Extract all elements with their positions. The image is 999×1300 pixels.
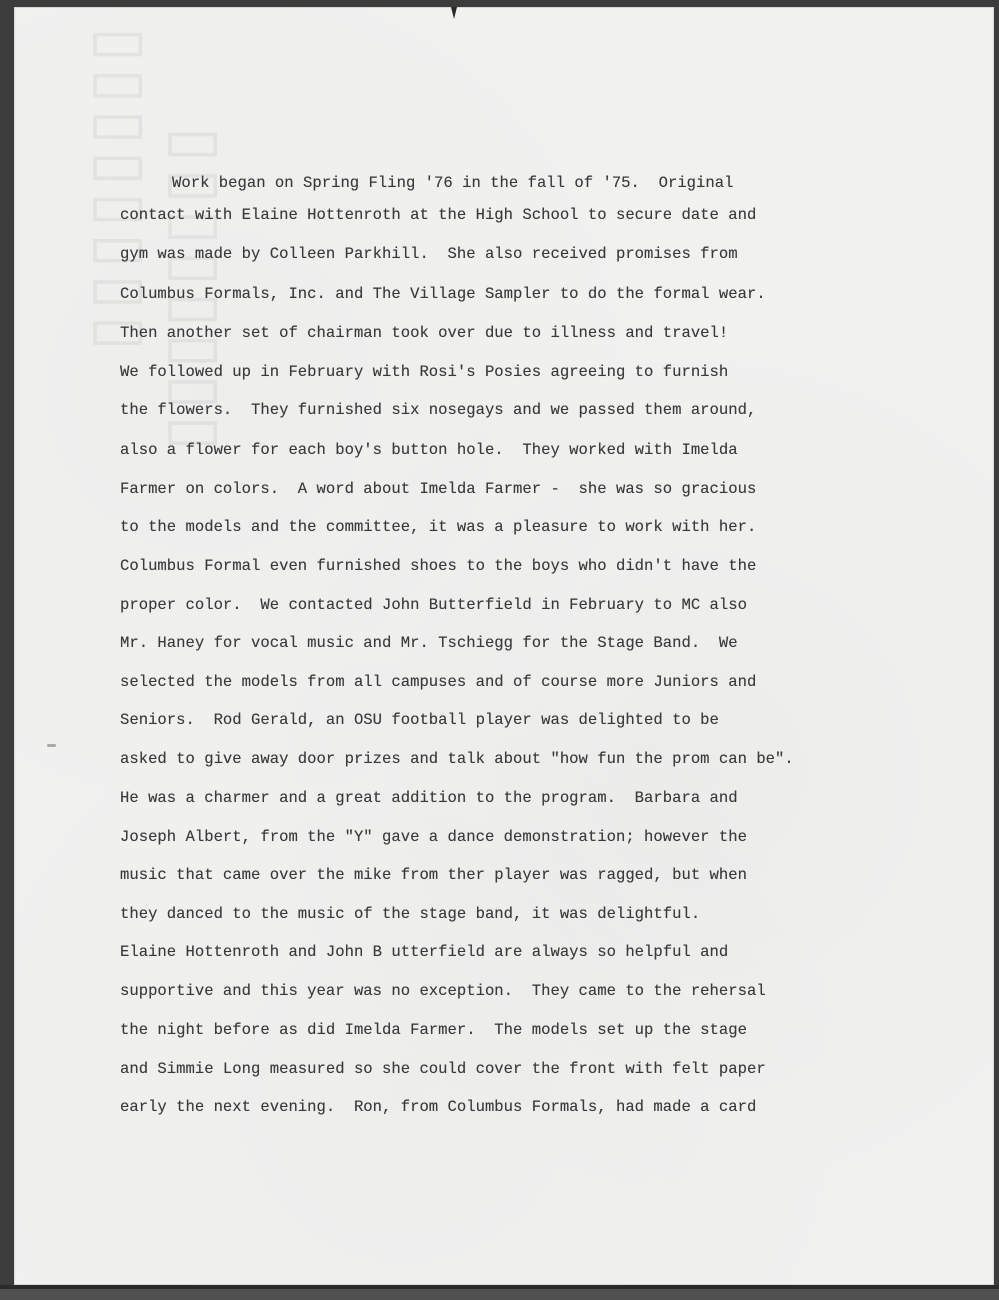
text-line: Work began on Spring Fling '76 in the fa…: [172, 173, 733, 193]
text-line: Columbus Formals, Inc. and The Village S…: [120, 284, 766, 304]
text-line: early the next evening. Ron, from Columb…: [120, 1097, 756, 1117]
stray-ink-mark: [47, 744, 56, 747]
text-line: Then another set of chairman took over d…: [120, 323, 728, 343]
text-line: We followed up in February with Rosi's P…: [120, 362, 728, 382]
bleed-through-text: ▯▯▯▯▯▯▯▯: [81, 27, 159, 357]
text-line: Farmer on colors. A word about Imelda Fa…: [120, 479, 756, 499]
text-line: Elaine Hottenroth and John B utterfield …: [120, 942, 728, 962]
text-line: the flowers. They furnished six nosegays…: [120, 400, 756, 420]
text-line: Mr. Haney for vocal music and Mr. Tschie…: [120, 633, 738, 653]
text-line: the night before as did Imelda Farmer. T…: [120, 1020, 747, 1040]
text-line: Seniors. Rod Gerald, an OSU football pla…: [120, 710, 719, 730]
text-line: music that came over the mike from ther …: [120, 865, 747, 885]
scanned-page: ▯▯▯▯▯▯▯▯ ▯▯▯▯▯▯▯▯ Work began on Spring F…: [0, 0, 999, 1300]
text-line: also a flower for each boy's button hole…: [120, 440, 738, 460]
text-line: selected the models from all campuses an…: [120, 672, 756, 692]
text-line: gym was made by Colleen Parkhill. She al…: [120, 244, 738, 264]
top-edge-notch: [451, 7, 457, 19]
scanner-bottom-edge: [0, 1285, 999, 1300]
text-line: He was a charmer and a great addition to…: [120, 788, 738, 808]
text-line: contact with Elaine Hottenroth at the Hi…: [120, 205, 756, 225]
text-line: proper color. We contacted John Butterfi…: [120, 595, 747, 615]
text-line: to the models and the committee, it was …: [120, 517, 756, 537]
text-line: they danced to the music of the stage ba…: [120, 904, 700, 924]
text-line: Joseph Albert, from the "Y" gave a dance…: [120, 827, 747, 847]
text-line: and Simmie Long measured so she could co…: [120, 1059, 766, 1079]
text-line: supportive and this year was no exceptio…: [120, 981, 766, 1001]
text-line: asked to give away door prizes and talk …: [120, 749, 794, 769]
text-line: Columbus Formal even furnished shoes to …: [120, 556, 756, 576]
